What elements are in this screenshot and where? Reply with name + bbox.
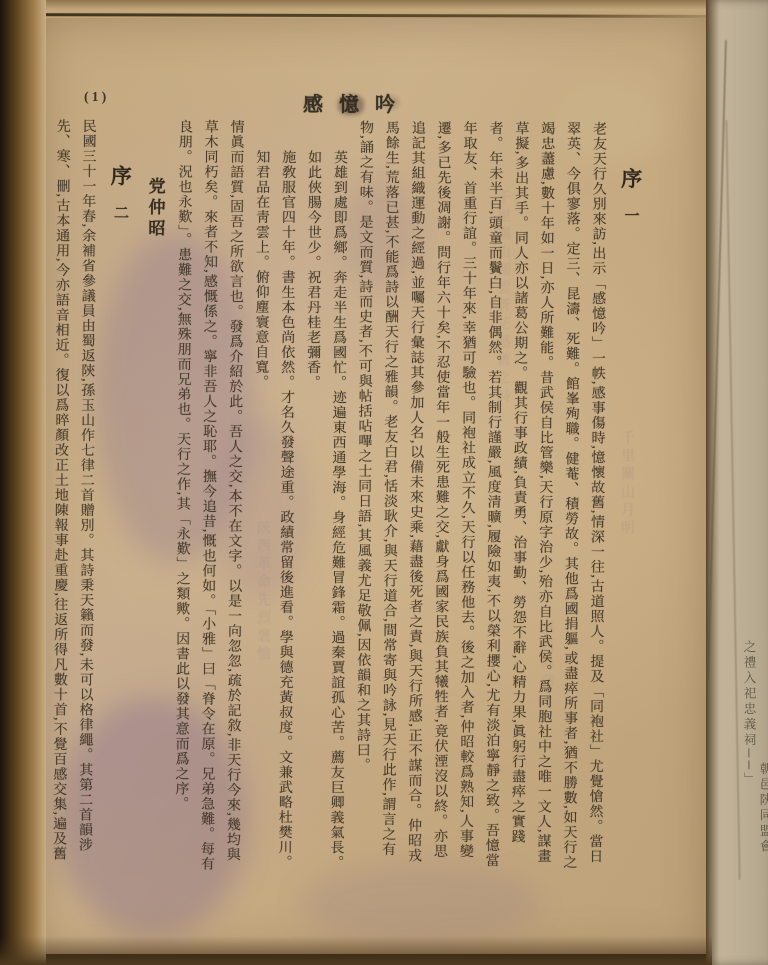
torn-paper-edge — [707, 40, 727, 680]
adjacent-page-text: 朝邑陝同盟會 — [756, 762, 768, 912]
torn-paper-edge — [725, 120, 740, 880]
preface-1-closing-prose: 情眞而語質,固吾之所欲言也。發爲介紹於此。吾人之交,本不在文字。以是一向忽忽,疏… — [136, 119, 249, 872]
preface-1-poem-2: 施敎服官四十年。書生本色尚依然。才名久發聲途重。政績常留後進看。學與德充黃叔度。… — [245, 120, 301, 872]
page-number: (1) — [84, 90, 109, 106]
heading-number: 二 — [112, 205, 128, 221]
ink-stain — [300, 863, 540, 943]
heading-label: 序 — [619, 167, 643, 189]
binding-left-edge — [0, 0, 46, 965]
ink-smudge — [383, 96, 399, 109]
ink-smudge — [338, 95, 364, 115]
preface-1-opening-prose: 老友天行久別來訪,出示「感憶吟」一帙,感事傷時,憶懷故舊,情深一往,古道照人。提… — [348, 120, 611, 873]
page-bottom-edge — [0, 936, 712, 965]
heading-number: 一 — [622, 207, 638, 223]
preface-text-block: 序一 老友天行久別來訪,出示「感憶吟」一帙,感事傷時,憶懷故舊,情深一往,古道照… — [26, 118, 650, 873]
ink-smudge — [305, 97, 319, 109]
section-heading-preface-2: 序二 — [97, 119, 140, 871]
preface-1-poem-1: 英雄到處即爲鄉。奔走半生爲國忙。迹遍東西通學海。身經危難冒鋒霜。過秦賈誼孤心苦。… — [297, 120, 353, 872]
closing-text: 情眞而語質,固吾之所欲言也。發爲介紹於此。吾人之交,本不在文字。以是一向忽忽,疏… — [173, 119, 243, 871]
section-heading-preface-1: 序一 — [607, 121, 650, 873]
heading-label: 序 — [108, 165, 132, 187]
adjacent-page: 之禮入祀忠義祠──」 朝邑陝同盟會 — [706, 0, 768, 965]
preface-1-signature: 党仲昭 — [145, 177, 164, 240]
